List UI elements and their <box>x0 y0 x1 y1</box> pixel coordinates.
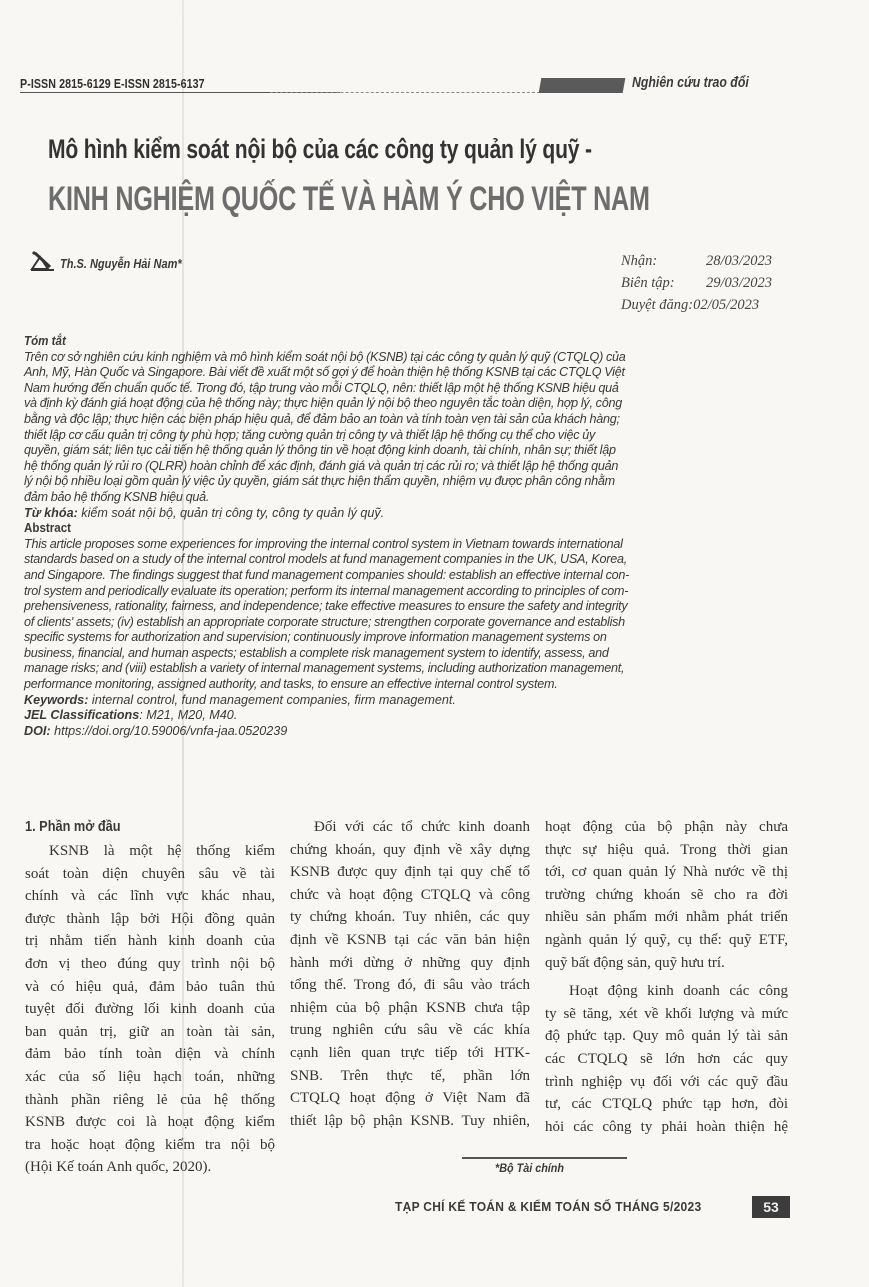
date-approved: Duyệt đăng: 02/05/2023 <box>621 294 772 316</box>
article-dates: Nhận: 28/03/2023 Biên tập: 29/03/2023 Du… <box>621 250 772 316</box>
body-column-1: 1. Phần mở đầu KSNB là một hệ thống kiểm… <box>25 816 275 1179</box>
abstract-vi-heading: Tóm tắt <box>24 334 732 350</box>
abstract-block: Tóm tắt Trên cơ sở nghiên cứu kinh nghiệ… <box>24 334 794 739</box>
abstract-vi-text: Trên cơ sở nghiên cứu kinh nghiệm và mô … <box>24 350 794 506</box>
doi-link[interactable]: https://doi.org/10.59006/vnfa-jaa.052023… <box>51 724 288 738</box>
date-edited: Biên tập: 29/03/2023 <box>621 272 772 294</box>
section-label: Nghiên cứu trao đổi <box>632 74 749 91</box>
abstract-en-text: This article proposes some experiences f… <box>24 537 794 693</box>
jel-classifications: JEL Classifications: M21, M20, M40. <box>24 708 794 724</box>
keywords-vi: Từ khóa: kiểm soát nội bộ, quản trị công… <box>24 506 794 522</box>
header-dashed-rule <box>270 92 540 93</box>
body-column-2: Đối với các tổ chức kinh doanh chứng kho… <box>290 816 530 1132</box>
pen-writing-icon <box>30 251 56 276</box>
footnote-rule <box>462 1157 627 1159</box>
issn-header: P-ISSN 2815-6129 E-ISSN 2815-6137 <box>20 76 205 91</box>
doi: DOI: https://doi.org/10.59006/vnfa-jaa.0… <box>24 724 794 740</box>
abstract-en-heading: Abstract <box>24 521 732 537</box>
journal-footer-title: TẠP CHÍ KẾ TOÁN & KIỂM TOÁN SỐ THÁNG 5/2… <box>395 1200 701 1214</box>
author-block: Th.S. Nguyễn Hải Nam* <box>30 251 198 276</box>
author-affiliation-footnote: *Bộ Tài chính <box>495 1161 564 1175</box>
date-received: Nhận: 28/03/2023 <box>621 250 772 272</box>
body-column-3: hoạt động của bộ phận này chưa thực sự h… <box>545 816 788 1138</box>
section-bar <box>539 78 626 93</box>
article-title-line2: KINH NGHIỆM QUỐC TẾ VÀ HÀM Ý CHO VIỆT NA… <box>48 180 650 219</box>
journal-page: P-ISSN 2815-6129 E-ISSN 2815-6137 Nghiên… <box>0 0 869 1287</box>
section-heading: 1. Phần mở đầu <box>25 816 245 840</box>
keywords-en: Keywords: internal control, fund managem… <box>24 693 794 709</box>
author-name: Th.S. Nguyễn Hải Nam* <box>60 257 182 271</box>
article-title-line1: Mô hình kiểm soát nội bộ của các công ty… <box>48 134 592 165</box>
page-number: 53 <box>752 1196 790 1218</box>
